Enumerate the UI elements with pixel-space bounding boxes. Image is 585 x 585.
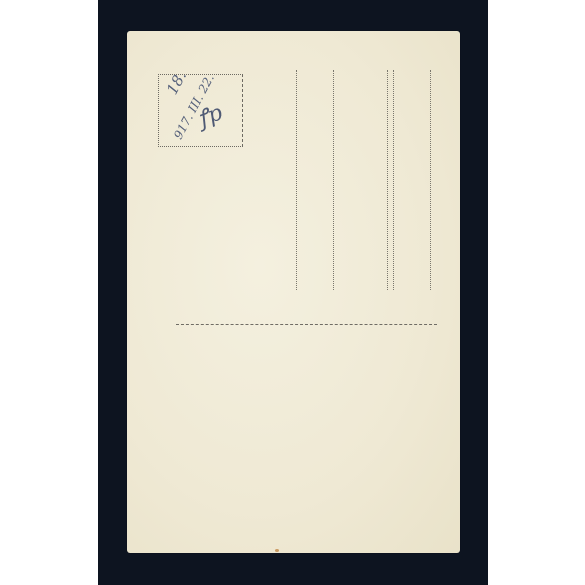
postcard-back: 18. 917. III. 22. ꝭp bbox=[127, 31, 460, 553]
address-line-4 bbox=[393, 70, 394, 290]
stain-speck bbox=[275, 549, 279, 552]
address-line-1 bbox=[296, 70, 297, 290]
address-line-2 bbox=[333, 70, 334, 290]
address-line-5 bbox=[430, 70, 431, 290]
divider-line bbox=[176, 324, 437, 325]
address-line-3 bbox=[387, 70, 388, 290]
